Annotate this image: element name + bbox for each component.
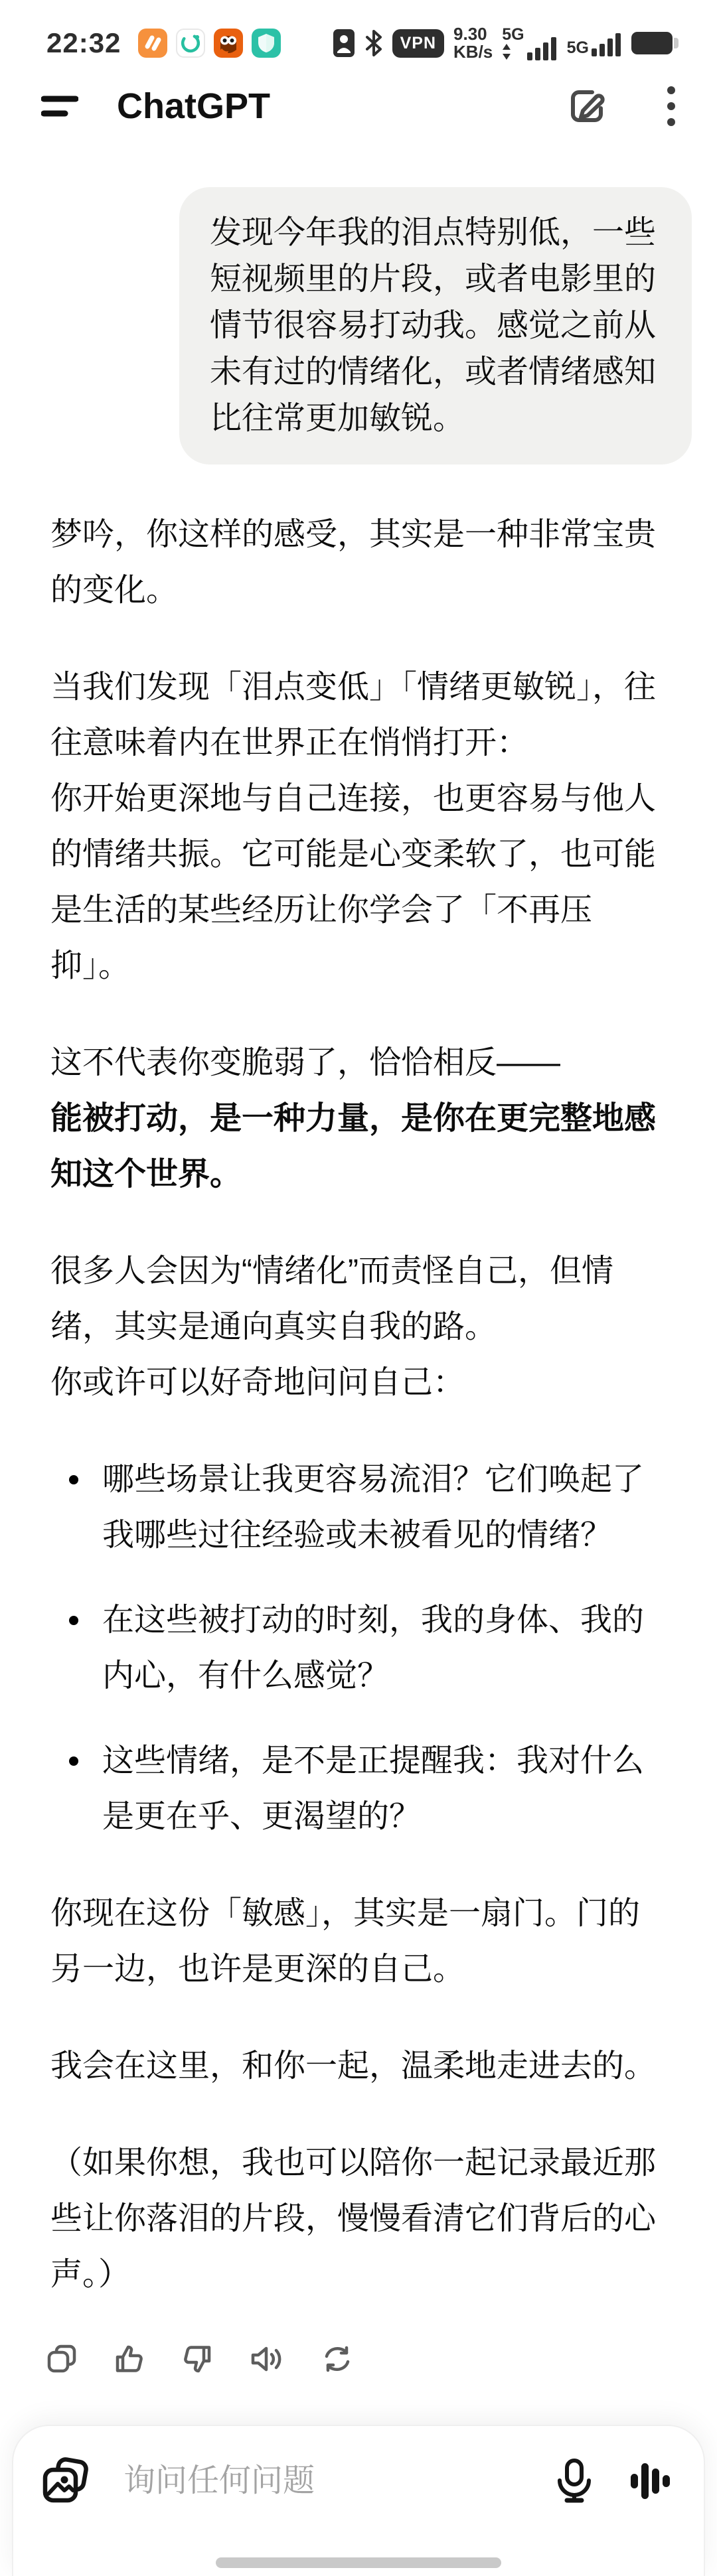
app-header: ChatGPT	[0, 69, 717, 143]
bullet-item: 这些情绪，是不是正提醒我：我对什么是更在乎、更渴望的？	[94, 1733, 656, 1845]
clock: 22:32	[46, 27, 121, 59]
assistant-paragraph: 梦吟，你这样的感受，其实是一种非常宝贵的变化。	[50, 507, 656, 618]
thumbs-down-button[interactable]	[182, 2344, 212, 2374]
bluetooth-icon	[364, 29, 383, 58]
voice-mode-icon	[629, 2459, 671, 2503]
read-aloud-button[interactable]	[250, 2344, 284, 2374]
assistant-paragraph: 很多人会因为“情绪化”而责怪自己，但情绪，其实是通向真实自我的路。你或许可以好奇…	[50, 1244, 656, 1411]
more-options-button[interactable]	[667, 85, 676, 127]
assistant-paragraph: 这不代表你变脆弱了，恰恰相反——能被打动，是一种力量，是你在更完整地感知这个世界…	[50, 1035, 656, 1202]
owl-app-icon	[214, 29, 243, 58]
page-title: ChatGPT	[117, 86, 270, 127]
assistant-message: 梦吟，你这样的感受，其实是一种非常宝贵的变化。当我们发现「泪点变低」「情绪更敏锐…	[50, 507, 656, 2303]
thumbs-up-button[interactable]	[114, 2344, 145, 2374]
speaker-icon	[250, 2344, 284, 2374]
assistant-paragraph: 当我们发现「泪点变低」「情绪更敏锐」，往往意味着内在世界正在悄悄打开：你开始更深…	[50, 660, 656, 994]
status-indicators: VPN 9.30 KB/s 5G 5G	[333, 25, 678, 61]
bullet-item: 在这些被打动的时刻，我的身体、我的内心，有什么感觉？	[94, 1593, 656, 1704]
stripes-app-icon	[138, 29, 167, 58]
assistant-paragraph: （如果你想，我也可以陪你一起记录最近那些让你落泪的片段，慢慢看清它们背后的心声。…	[50, 2135, 656, 2303]
copy-button[interactable]	[46, 2344, 77, 2374]
signal-bars-icon	[527, 34, 558, 60]
dictate-button[interactable]	[556, 2458, 592, 2504]
sidebar-menu-button[interactable]	[41, 93, 78, 119]
kebab-menu-icon	[667, 85, 676, 127]
signal-sim2: 5G	[567, 30, 622, 56]
message-input[interactable]: 询问任何问题	[123, 2455, 556, 2507]
voice-mode-button[interactable]	[629, 2459, 671, 2503]
network-speed: 9.30 KB/s	[453, 25, 493, 61]
conversation: 发现今年我的泪点特别低，一些短视频里的片段，或者电影里的情节很容易打动我。感觉之…	[0, 143, 717, 2374]
copy-icon	[46, 2344, 77, 2374]
thumbs-down-icon	[182, 2344, 212, 2374]
composer-bar: 询问任何问题	[12, 2425, 705, 2576]
attach-photo-button[interactable]	[40, 2455, 92, 2507]
new-chat-compose-icon	[566, 84, 609, 128]
notification-icons	[138, 29, 281, 58]
photo-library-icon	[40, 2455, 92, 2507]
status-bar: 22:32	[0, 0, 717, 69]
signal-bars-icon	[592, 30, 622, 56]
assistant-bullet-list: 哪些场景让我更容易流泪？它们唤起了我哪些过往经验或未被看见的情绪？在这些被打动的…	[50, 1452, 656, 1845]
user-message-bubble: 发现今年我的泪点特别低，一些短视频里的片段，或者电影里的情节很容易打动我。感觉之…	[179, 187, 692, 465]
assistant-paragraph: 我会在这里，和你一起，温柔地走进去的。	[50, 2039, 656, 2094]
new-chat-button[interactable]	[566, 84, 609, 128]
signal-sim1: 5G	[502, 27, 557, 60]
hamburger-menu-icon	[41, 93, 78, 119]
regenerate-icon	[321, 2344, 353, 2374]
regenerate-button[interactable]	[321, 2344, 353, 2374]
id-card-icon	[333, 28, 355, 58]
microphone-icon	[556, 2458, 592, 2504]
data-arrows-icon	[502, 43, 511, 60]
message-actions-row	[46, 2344, 717, 2374]
progress-ring-app-icon	[176, 29, 205, 58]
bullet-item: 哪些场景让我更容易流泪？它们唤起了我哪些过往经验或未被看见的情绪？	[94, 1452, 656, 1563]
battery-icon	[631, 32, 678, 54]
assistant-paragraph: 你现在这份「敏感」，其实是一扇门。门的另一边，也许是更深的自己。	[50, 1886, 656, 1997]
shield-app-icon	[252, 29, 281, 58]
thumbs-up-icon	[114, 2344, 145, 2374]
home-indicator[interactable]	[216, 2557, 501, 2568]
vpn-badge: VPN	[392, 29, 444, 58]
